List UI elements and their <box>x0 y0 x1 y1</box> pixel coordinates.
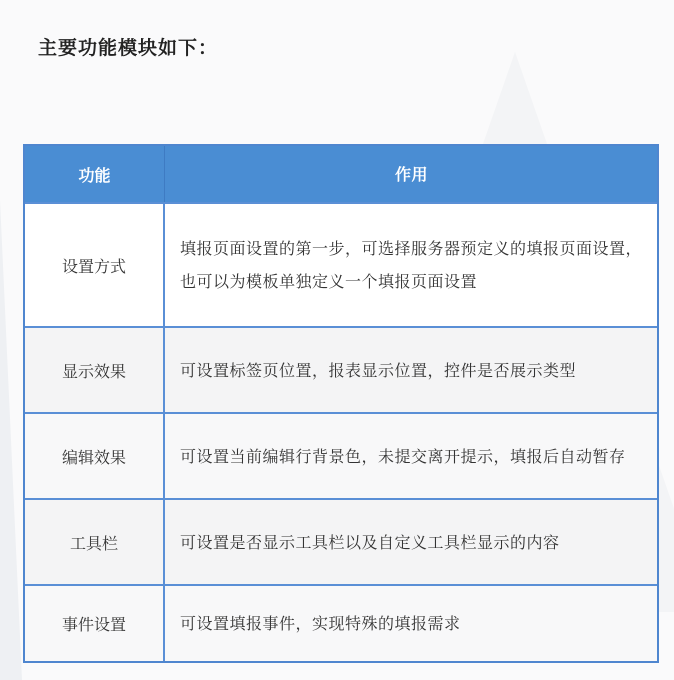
page-title: 主要功能模块如下： <box>38 33 218 60</box>
table-row: 编辑效果 可设置当前编辑行背景色，未提交离开提示，填报后自动暂存 <box>25 412 657 498</box>
table-header-row: 功能 作用 <box>25 146 657 202</box>
background-left-shade <box>0 200 22 680</box>
function-cell: 设置方式 <box>25 204 165 326</box>
function-cell: 显示效果 <box>25 328 165 412</box>
header-function: 功能 <box>25 146 165 202</box>
table-row: 工具栏 可设置是否显示工具栏以及自定义工具栏显示的内容 <box>25 498 657 584</box>
description-cell: 可设置当前编辑行背景色，未提交离开提示，填报后自动暂存 <box>165 414 657 498</box>
function-modules-table: 功能 作用 设置方式 填报页面设置的第一步，可选择服务器预定义的填报页面设置，也… <box>23 144 659 663</box>
description-cell: 可设置填报事件，实现特殊的填报需求 <box>165 586 657 661</box>
table-row: 设置方式 填报页面设置的第一步，可选择服务器预定义的填报页面设置，也可以为模板单… <box>25 202 657 326</box>
description-cell: 可设置标签页位置，报表显示位置，控件是否展示类型 <box>165 328 657 412</box>
function-cell: 工具栏 <box>25 500 165 584</box>
table-row: 显示效果 可设置标签页位置，报表显示位置，控件是否展示类型 <box>25 326 657 412</box>
description-cell: 可设置是否显示工具栏以及自定义工具栏显示的内容 <box>165 500 657 584</box>
description-cell: 填报页面设置的第一步，可选择服务器预定义的填报页面设置，也可以为模板单独定义一个… <box>165 204 657 326</box>
function-cell: 编辑效果 <box>25 414 165 498</box>
table-row: 事件设置 可设置填报事件，实现特殊的填报需求 <box>25 584 657 661</box>
function-cell: 事件设置 <box>25 586 165 661</box>
header-purpose: 作用 <box>165 146 657 202</box>
